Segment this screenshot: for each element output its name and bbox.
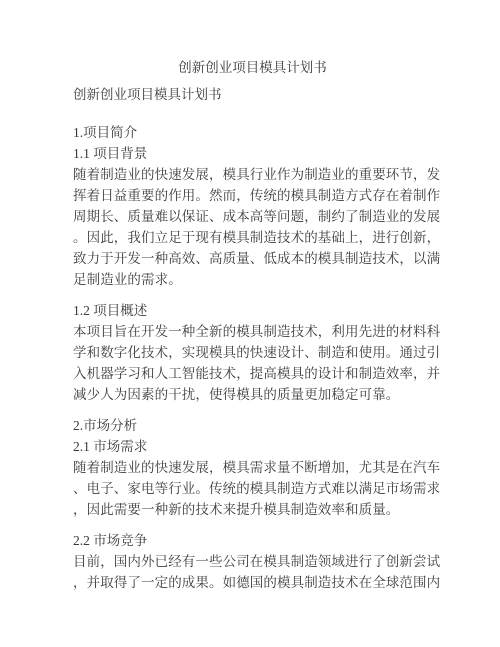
paragraph-line: 挥着日益重要的作用。然而，传统的模具制造方式存在着制作 [73, 185, 442, 206]
paragraph-line: 学和数字化技术，实现模具的快速设计、制造和使用。通过引 [73, 342, 442, 363]
section-1-1-heading: 1.1 项目背景 [73, 143, 442, 164]
section-2-1-heading: 2.1 市场需求 [73, 436, 442, 457]
document-title: 创新创业项目模具计划书 [73, 57, 432, 78]
document-subtitle: 创新创业项目模具计划书 [73, 84, 442, 105]
section-1-2-heading: 1.2 项目概述 [73, 300, 442, 321]
paragraph-line: 目前，国内外已经有一些公司在模具制造领域进行了创新尝试 [73, 551, 442, 572]
paragraph-line: 。因此，我们立足于现有模具制造技术的基础上，进行创新， [73, 227, 442, 248]
section-2-2-heading: 2.2 市场竞争 [73, 530, 442, 551]
document-body: 创新创业项目模具计划书1.项目简介1.1 项目背景随着制造业的快速发展，模具行业… [73, 84, 442, 593]
paragraph-line: 入机器学习和人工智能技术，提高模具的设计和制造效率，并 [73, 363, 442, 384]
section-1-heading: 1.项目简介 [73, 122, 442, 143]
paragraph-line: ，并取得了一定的成果。如德国的模具制造技术在全球范围内 [73, 572, 442, 593]
section-1-2-paragraph: 本项目旨在开发一种全新的模具制造技术，利用先进的材料科学和数字化技术，实现模具的… [73, 321, 442, 405]
section-1-1-paragraph: 随着制造业的快速发展，模具行业作为制造业的重要环节，发挥着日益重要的作用。然而，… [73, 164, 442, 290]
section-2-heading: 2.市场分析 [73, 415, 442, 436]
section-2-1-paragraph: 随着制造业的快速发展，模具需求量不断增加，尤其是在汽车、电子、家电等行业。传统的… [73, 457, 442, 520]
paragraph-line: 足制造业的需求。 [73, 269, 442, 290]
paragraph-line: 减少人为因素的干扰，使得模具的质量更加稳定可靠。 [73, 384, 442, 405]
paragraph-line: 随着制造业的快速发展，模具行业作为制造业的重要环节，发 [73, 164, 442, 185]
section-2-2-paragraph: 目前，国内外已经有一些公司在模具制造领域进行了创新尝试，并取得了一定的成果。如德… [73, 551, 442, 593]
document-page: 创新创业项目模具计划书 创新创业项目模具计划书1.项目简介1.1 项目背景随着制… [0, 0, 500, 647]
paragraph-line: 本项目旨在开发一种全新的模具制造技术，利用先进的材料科 [73, 321, 442, 342]
paragraph-line: 周期长、质量难以保证、成本高等问题，制约了制造业的发展 [73, 206, 442, 227]
paragraph-line: 致力于开发一种高效、高质量、低成本的模具制造技术，以满 [73, 248, 442, 269]
paragraph-line: ，因此需要一种新的技术来提升模具制造效率和质量。 [73, 499, 442, 520]
paragraph-line: 随着制造业的快速发展，模具需求量不断增加，尤其是在汽车 [73, 457, 442, 478]
paragraph-line: 、电子、家电等行业。传统的模具制造方式难以满足市场需求 [73, 478, 442, 499]
